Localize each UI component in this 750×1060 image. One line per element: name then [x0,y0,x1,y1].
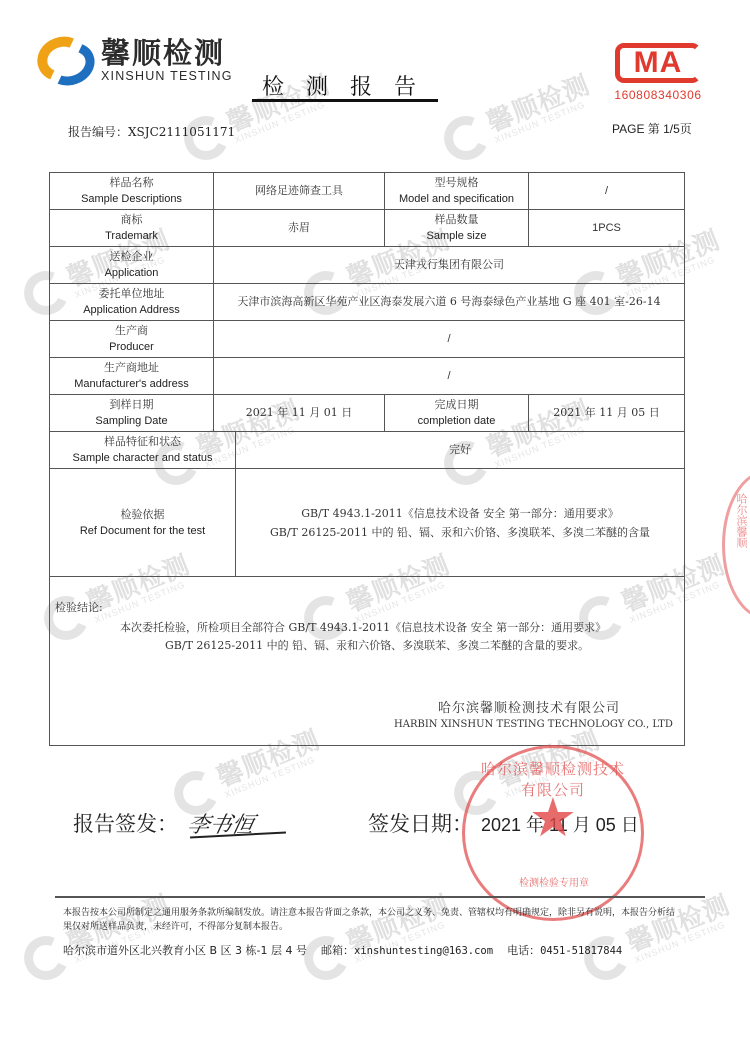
label-sample-status: 样品特征和状态Sample character and status [50,432,236,468]
table-row: 样品特征和状态Sample character and status 完好 [50,432,684,469]
value-application: 天津戎行集团有限公司 [214,247,684,283]
conclusion-section: 检验结论: 本次委托检验，所检项目全部符合 GB/T 4943.1-2011《信… [50,577,684,745]
issued-by-label: 报告签发： [73,808,178,838]
cma-number: 160808340306 [612,88,704,102]
label-application-address: 委托单位地址Application Address [50,284,214,320]
title-underline [252,99,438,102]
report-info-table: 样品名称Sample Descriptions 网络足迹筛查工具 型号规格Mod… [49,172,685,746]
conclusion-text-line1: 本次委托检验，所检项目全部符合 GB/T 4943.1-2011《信息技术设备 … [120,619,606,635]
company-logo: 馨顺检测 XINSHUN TESTING [35,35,233,85]
label-producer: 生产商Producer [50,321,214,357]
label-sample-descriptions: 样品名称Sample Descriptions [50,173,214,209]
label-completion-date: 完成日期completion date [385,395,529,431]
label-trademark: 商标Trademark [50,210,214,246]
report-title: 检测报告 [262,70,438,101]
report-number: 报告编号：XSJC2111051171 [68,123,235,140]
table-row: 生产商Producer / [50,321,684,358]
star-icon: ★ [523,788,583,848]
label-ref-document: 检验依据Ref Document for the test [50,469,236,576]
value-sample-size: 1PCS [529,210,684,246]
table-row: 到样日期Sampling Date 2021 年 11 月 01 日 完成日期c… [50,395,684,432]
table-row: 样品名称Sample Descriptions 网络足迹筛查工具 型号规格Mod… [50,173,684,210]
logo-name-en: XINSHUN TESTING [101,69,233,83]
issue-date-label: 签发日期： [368,808,473,838]
table-row: 检验依据Ref Document for the test GB/T 4943.… [50,469,684,577]
footer-divider [55,896,705,898]
label-sampling-date: 到样日期Sampling Date [50,395,214,431]
official-seal-icon: 哈尔滨馨顺检测技术有限公司 ★ 检测检验专用章 [462,745,644,921]
value-sample-descriptions: 网络足迹筛查工具 [214,173,385,209]
value-model: / [529,173,684,209]
value-ref-document: GB/T 4943.1-2011《信息技术设备 安全 第一部分：通用要求》 GB… [236,469,684,576]
value-completion-date: 2021 年 11 月 05 日 [529,395,684,431]
email-label: 邮箱： [321,944,354,957]
partial-stamp-icon: 哈尔滨馨顺 [722,470,750,620]
label-application: 送检企业Application [50,247,214,283]
cma-icon: MA [615,43,701,83]
value-sample-status: 完好 [236,432,684,468]
page-number: PAGE 第 1/5页 [612,120,692,137]
phone-number: 0451-51817844 [540,945,622,957]
address: 哈尔滨市道外区北兴教育小区 B 区 3 栋-1 层 4 号 [63,944,307,957]
company-name-cn: 哈尔滨馨顺检测技术有限公司 [438,697,620,716]
watermark: 馨顺检测XINSHUN TESTING [297,887,458,986]
watermark: 馨顺检测XINSHUN TESTING [437,67,598,166]
label-sample-size: 样品数量Sample size [385,210,529,246]
disclaimer-text: 本报告按本公司所制定之通用服务条款所编制发放。请注意本报告背面之条款，本公司之义… [63,906,683,934]
value-sampling-date: 2021 年 11 月 01 日 [214,395,385,431]
value-trademark: 赤眉 [214,210,385,246]
contact-info: 哈尔滨市道外区北兴教育小区 B 区 3 栋-1 层 4 号 邮箱：xinshun… [63,942,622,958]
table-row: 生产商地址Manufacturer's address / [50,358,684,395]
table-row: 商标Trademark 赤眉 样品数量Sample size 1PCS [50,210,684,247]
value-producer: / [214,321,684,357]
label-manufacturer-address: 生产商地址Manufacturer's address [50,358,214,394]
table-row: 委托单位地址Application Address 天津市滨海高新区华苑产业区海… [50,284,684,321]
conclusion-text-line2: GB/T 26125-2011 中的 铅、镉、汞和六价铬、多溴联苯、多溴二苯醚的… [165,637,589,653]
seal-sub-text: 检测检验专用章 [495,874,613,889]
cma-mark: MA 160808340306 [612,43,704,102]
logo-name-cn: 馨顺检测 [101,38,233,68]
swirl-logo-icon [35,35,97,85]
watermark: 馨顺检测XINSHUN TESTING [17,887,178,986]
label-model: 型号规格Model and specification [385,173,529,209]
email-link[interactable]: xinshuntesting@163.com [354,945,493,957]
phone-label: 电话： [507,944,540,957]
value-manufacturer-address: / [214,358,684,394]
table-row: 送检企业Application 天津戎行集团有限公司 [50,247,684,284]
value-application-address: 天津市滨海高新区华苑产业区海泰发展六道 6 号海泰绿色产业基地 G 座 401 … [214,284,684,320]
conclusion-label: 检验结论: [55,599,103,615]
company-name-en: HARBIN XINSHUN TESTING TECHNOLOGY CO., L… [394,719,673,730]
